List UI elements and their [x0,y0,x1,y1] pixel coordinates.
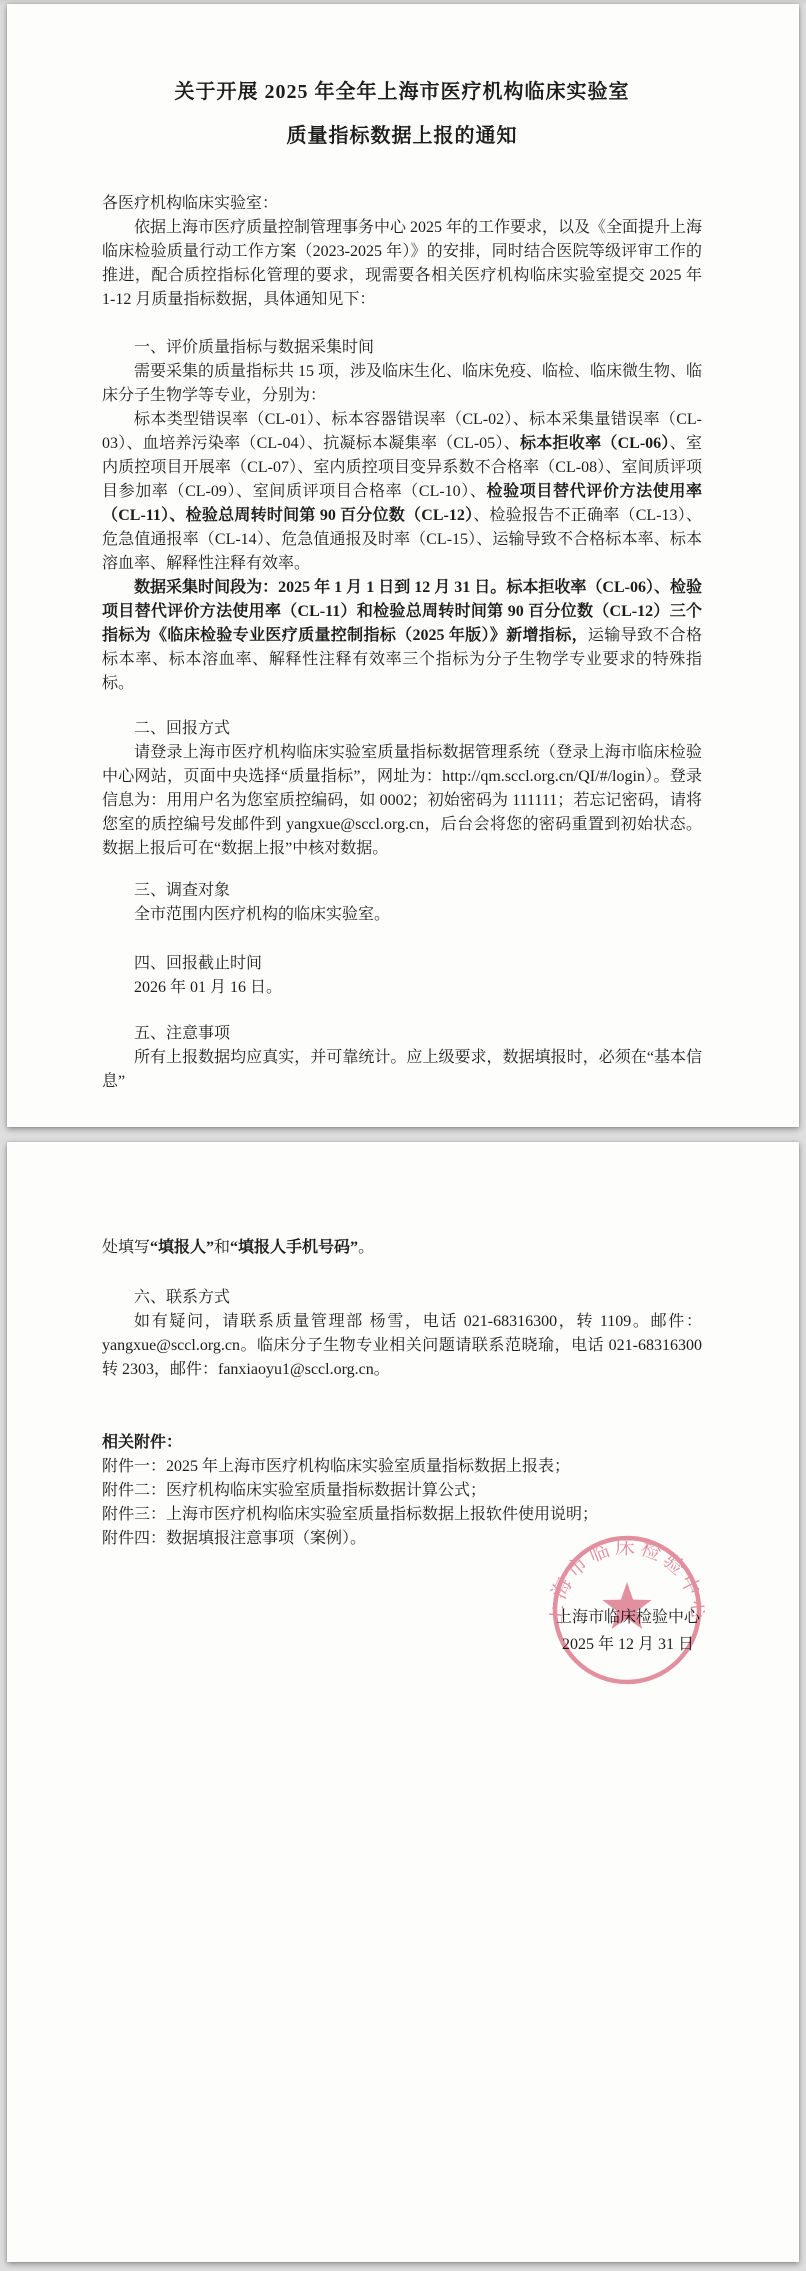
section2-paragraph: 请登录上海市医疗机构临床实验室质量指标数据管理系统（登录上海市临床检验中心网站，… [102,741,702,861]
document-viewer: 关于开展 2025 年全年上海市医疗机构临床实验室 质量指标数据上报的通知 各医… [0,0,806,2271]
section4-paragraph: 2026 年 01 月 16 日。 [102,976,702,1000]
signature-org: 上海市临床检验中心 [545,1604,711,1631]
section3-paragraph: 全市范围内医疗机构的临床实验室。 [102,903,702,927]
signature-block: 上海市临床检验中心 2025 年 12 月 31 日 [545,1604,711,1658]
section1-paragraph-3: 数据采集时间段为：2025 年 1 月 1 日到 12 月 31 日。标本拒收率… [102,576,702,696]
notice-page-1: 关于开展 2025 年全年上海市医疗机构临床实验室 质量指标数据上报的通知 各医… [7,4,799,1127]
notice-title: 关于开展 2025 年全年上海市医疗机构临床实验室 质量指标数据上报的通知 [102,70,702,158]
section5-heading: 五、注意事项 [102,1022,702,1046]
section1-paragraph-2: 标本类型错误率（CL-01）、标本容器错误率（CL-02）、标本采集量错误率（C… [102,408,702,576]
section6-heading: 六、联系方式 [102,1286,702,1310]
notice-page-2: 处填写“填报人”和“填报人手机号码”。 六、联系方式 如有疑问，请联系质量管理部… [7,1142,799,2262]
attachment-item-1: 附件一：2025 年上海市医疗机构临床实验室质量指标数据上报表； [102,1455,702,1479]
signature-date: 2025 年 12 月 31 日 [545,1631,711,1658]
section6-paragraph: 如有疑问，请联系质量管理部 杨雪，电话 021-68316300，转 1109。… [102,1310,702,1382]
attachments-heading: 相关附件： [102,1431,702,1455]
attachment-item-2: 附件二：医疗机构临床实验室质量指标数据计算公式； [102,1479,702,1503]
intro-paragraph: 依据上海市医疗质量控制管理事务中心 2025 年的工作要求，以及《全面提升上海临… [102,216,702,312]
notice-title-line1: 关于开展 2025 年全年上海市医疗机构临床实验室 [102,70,702,114]
section5-continuation: 处填写“填报人”和“填报人手机号码”。 [102,1236,702,1260]
section2-heading: 二、回报方式 [102,717,702,741]
section5-paragraph: 所有上报数据均应真实，并可靠统计。应上级要求，数据填报时，必须在“基本信息” [102,1046,702,1094]
attachment-item-3: 附件三：上海市医疗机构临床实验室质量指标数据上报软件使用说明； [102,1503,702,1527]
section1-paragraph-1: 需要采集的质量指标共 15 项，涉及临床生化、临床免疫、临检、临床微生物、临床分… [102,360,702,408]
salutation: 各医疗机构临床实验室： [102,192,702,216]
section4-heading: 四、回报截止时间 [102,952,702,976]
attachment-item-4: 附件四：数据填报注意事项（案例）。 [102,1527,702,1551]
notice-title-line2: 质量指标数据上报的通知 [102,114,702,158]
section3-heading: 三、调查对象 [102,879,702,903]
section1-heading: 一、评价质量指标与数据采集时间 [102,336,702,360]
